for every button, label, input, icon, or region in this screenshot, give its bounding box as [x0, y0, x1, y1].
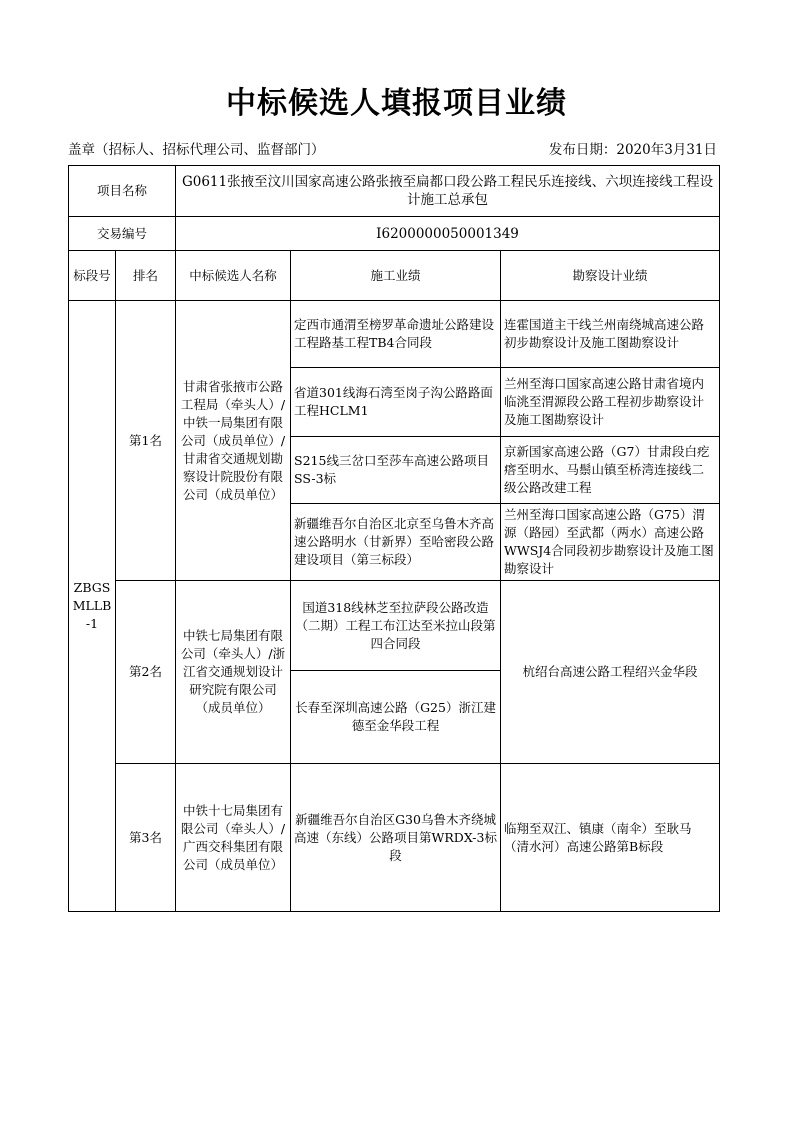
- header-row: 标段号 排名 中标候选人名称 施工业绩 勘察设计业绩: [69, 251, 720, 301]
- candidate-1-design-1: 连霍国道主干线兰州南绕城高速公路初步勘察设计及施工图勘察设计: [501, 301, 720, 368]
- candidate-2-name: 中铁七局集团有限公司（牵头人）/浙江省交通规划设计研究院有限公司（成员单位）: [176, 581, 291, 764]
- candidate-1-construction-1: 定西市通渭至榜罗革命遗址公路建设工程路基工程TB4合同段: [291, 301, 501, 368]
- candidate-1-design-3: 京新国家高速公路（G7）甘肃段白疙瘩至明水、马鬃山镇至桥湾连接线二级公路改建工程: [501, 437, 720, 504]
- candidate-1-design-2: 兰州至海口国家高速公路甘肃省境内临洮至渭源段公路工程初步勘察设计及施工图勘察设计: [501, 368, 720, 437]
- candidate-1-name: 甘肃省张掖市公路工程局（牵头人）/中铁一局集团有限公司（成员单位）/甘肃省交通规…: [176, 301, 291, 581]
- candidate-2-construction-2: 长春至深圳高速公路（G25）浙江建德至金华段工程: [291, 671, 501, 764]
- header-rank: 排名: [116, 251, 176, 301]
- candidate-3-rank: 第3名: [116, 764, 176, 912]
- candidate-3-design-1: 临翔至双江、镇康（南伞）至耿马（清水河）高速公路第B标段: [501, 764, 720, 912]
- candidate-2-rank: 第2名: [116, 581, 176, 764]
- document-title: 中标候选人填报项目业绩: [0, 84, 793, 124]
- candidate-1-construction-4: 新疆维吾尔自治区北京至乌鲁木齐高速公路明水（甘新界）至哈密段公路建设项目（第三标…: [291, 504, 501, 581]
- publish-date: 发布日期：2020年3月31日: [549, 141, 717, 159]
- trade-no-label: 交易编号: [69, 217, 176, 251]
- candidate-2-construction-1: 国道318线林芝至拉萨段公路改造（二期）工程工布江达至米拉山段第四合同段: [291, 581, 501, 671]
- candidate-1-rank: 第1名: [116, 301, 176, 581]
- candidate-1-construction-3: S215线三岔口至莎车高速公路项目SS-3标: [291, 437, 501, 504]
- header-candidate-name: 中标候选人名称: [176, 251, 291, 301]
- candidate-1-construction-2: 省道301线海石湾至岗子沟公路路面工程HCLM1: [291, 368, 501, 437]
- project-name-label: 项目名称: [69, 166, 176, 217]
- header-design: 勘察设计业绩: [501, 251, 720, 301]
- seal-note: 盖章（招标人、招标代理公司、监督部门）: [68, 141, 325, 159]
- performance-table: 项目名称 G0611张掖至汶川国家高速公路张掖至扁都口段公路工程民乐连接线、六坝…: [68, 165, 720, 912]
- header-section-no: 标段号: [69, 251, 116, 301]
- candidate-3-construction-1: 新疆维吾尔自治区G30乌鲁木齐绕城高速（东线）公路项目第WRDX-3标段: [291, 764, 501, 912]
- project-name-value: G0611张掖至汶川国家高速公路张掖至扁都口段公路工程民乐连接线、六坝连接线工程…: [176, 166, 720, 217]
- candidate-1-row-1: ZBGSMLLB-1 第1名 甘肃省张掖市公路工程局（牵头人）/中铁一局集团有限…: [69, 301, 720, 368]
- project-name-row: 项目名称 G0611张掖至汶川国家高速公路张掖至扁都口段公路工程民乐连接线、六坝…: [69, 166, 720, 217]
- candidate-1-design-4: 兰州至海口国家高速公路（G75）渭源（路园）至武都（两水）高速公路WWSJ4合同…: [501, 504, 720, 581]
- candidate-3-name: 中铁十七局集团有限公司（牵头人）/广西交科集团有限公司（成员单位）: [176, 764, 291, 912]
- trade-no-row: 交易编号 I6200000050001349: [69, 217, 720, 251]
- candidate-2-row-1: 第2名 中铁七局集团有限公司（牵头人）/浙江省交通规划设计研究院有限公司（成员单…: [69, 581, 720, 671]
- candidate-3-row-1: 第3名 中铁十七局集团有限公司（牵头人）/广西交科集团有限公司（成员单位） 新疆…: [69, 764, 720, 912]
- trade-no-value: I6200000050001349: [176, 217, 720, 251]
- header-construction: 施工业绩: [291, 251, 501, 301]
- candidate-2-design-1: 杭绍台高速公路工程绍兴金华段: [501, 581, 720, 764]
- section-no: ZBGSMLLB-1: [69, 301, 116, 912]
